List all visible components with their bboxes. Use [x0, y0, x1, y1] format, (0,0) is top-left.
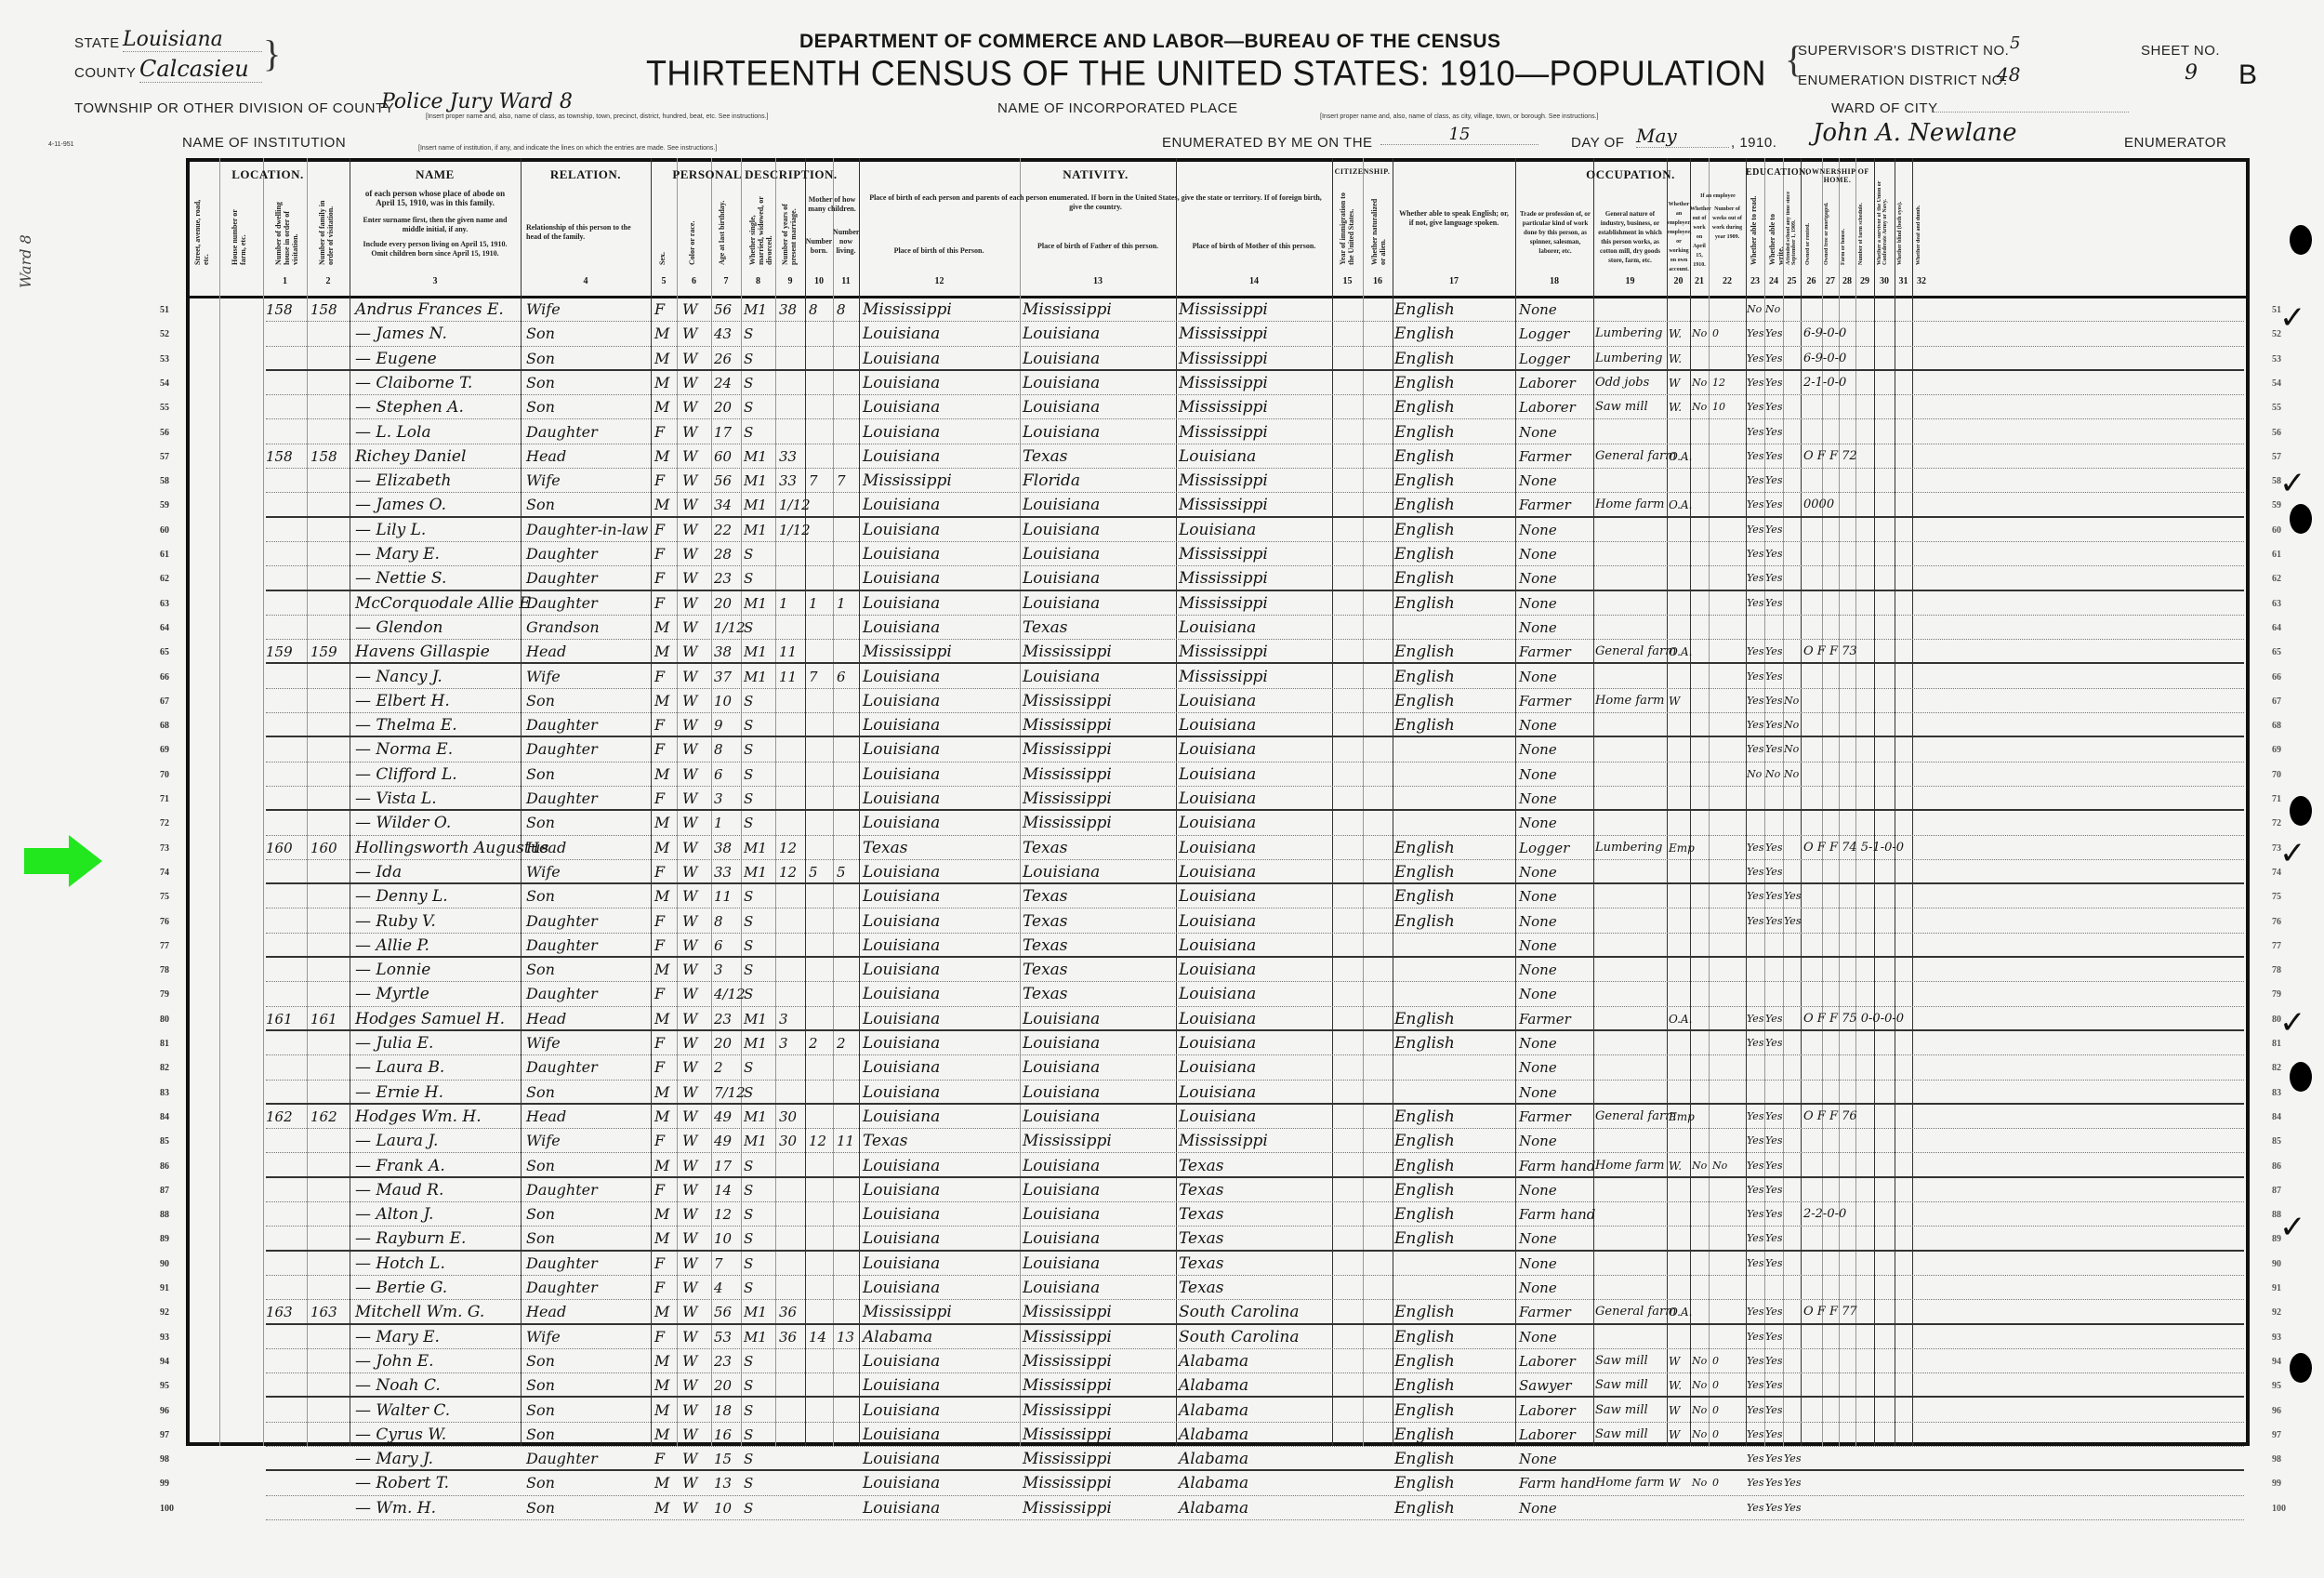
- relation: Son: [526, 349, 555, 369]
- age: 7/12: [714, 1082, 746, 1103]
- line-number: 99: [160, 1479, 169, 1489]
- line-number-right: 69: [2272, 745, 2281, 755]
- out-of-work: No: [1692, 373, 1707, 393]
- desc-pob-mother: Place of birth of Mother of this person.: [1181, 242, 1327, 251]
- line-number: 92: [160, 1307, 169, 1318]
- color: W: [682, 691, 697, 711]
- language: English: [1394, 911, 1455, 932]
- family-number: 159: [310, 642, 337, 662]
- years-married: 36: [779, 1302, 797, 1322]
- line-number-right: 61: [2272, 550, 2281, 560]
- marital-status: M1: [744, 1327, 767, 1347]
- person-name: — Thelma E.: [355, 715, 457, 736]
- birthplace-mother: South Carolina: [1179, 1327, 1299, 1347]
- sex: F: [654, 1253, 665, 1274]
- group-education: EDUCATION.: [1746, 167, 1801, 178]
- township-label: TOWNSHIP OR OTHER DIVISION OF COUNTY: [74, 100, 394, 116]
- trade: None: [1519, 568, 1557, 589]
- employer-class: W: [1669, 1473, 1680, 1493]
- birthplace-mother: Texas: [1179, 1156, 1224, 1176]
- can-read: Yes: [1747, 397, 1763, 418]
- marital-status: S: [744, 349, 753, 369]
- relation: Wife: [526, 667, 561, 687]
- marital-status: S: [744, 715, 753, 736]
- relation: Wife: [526, 862, 561, 882]
- person-name: — Nettie S.: [355, 568, 446, 589]
- line-number: 88: [160, 1210, 169, 1220]
- birthplace-father: Mississippi: [1023, 813, 1112, 833]
- line-number-right: 91: [2272, 1283, 2281, 1293]
- color: W: [682, 1057, 697, 1078]
- age: 10: [714, 1228, 732, 1249]
- age: 4/12: [714, 984, 746, 1004]
- industry: Odd jobs: [1595, 373, 1649, 393]
- birthplace-mother: Louisiana: [1179, 813, 1256, 833]
- can-read: Yes: [1747, 1009, 1763, 1029]
- age: 20: [714, 397, 732, 418]
- group-occupation: OCCUPATION.: [1515, 167, 1746, 182]
- enumeration-label: ENUMERATION DISTRICT NO.: [1798, 73, 2008, 88]
- table-row: 5656— L. LolaDaughterFW17SLouisianaLouis…: [0, 420, 2324, 444]
- trade: None: [1519, 715, 1557, 736]
- trade: Logger: [1519, 838, 1569, 858]
- table-row: 8787— Maud R.DaughterFW14SLouisianaLouis…: [0, 1178, 2324, 1202]
- sex: M: [654, 960, 669, 980]
- person-name: — Rayburn E.: [355, 1228, 466, 1249]
- birthplace-mother: Mississippi: [1179, 349, 1268, 369]
- can-read: Yes: [1747, 1375, 1763, 1396]
- line-number: 75: [160, 892, 169, 902]
- birthplace-mother: Alabama: [1179, 1473, 1248, 1493]
- age: 38: [714, 642, 732, 662]
- table-row: 8181— Julia E.WifeFW20M1322LouisianaLoui…: [0, 1031, 2324, 1055]
- color: W: [682, 886, 697, 907]
- relation: Daughter-in-law: [526, 520, 648, 540]
- line-number: 69: [160, 745, 169, 755]
- township-value: Police Jury Ward 8: [381, 90, 573, 113]
- colnum-31: 31: [1895, 276, 1912, 286]
- employer-class: W: [1669, 1400, 1680, 1421]
- marital-status: M1: [744, 495, 767, 515]
- color: W: [682, 911, 697, 932]
- birthplace-person: Louisiana: [863, 764, 940, 785]
- line-number-right: 90: [2272, 1259, 2281, 1269]
- birthplace-person: Louisiana: [863, 667, 940, 687]
- language: English: [1394, 422, 1455, 443]
- line-number: 64: [160, 623, 169, 633]
- language: English: [1394, 1327, 1455, 1347]
- table-row: 6060— Lily L.Daughter-in-lawFW22M11/12Lo…: [0, 518, 2324, 542]
- check-mark-icon: ✓: [2279, 465, 2306, 502]
- line-number-right: 63: [2272, 599, 2281, 609]
- age: 16: [714, 1425, 732, 1445]
- age: 1: [714, 813, 723, 833]
- age: 23: [714, 1351, 732, 1372]
- sex: F: [654, 299, 665, 320]
- marital-status: S: [744, 886, 753, 907]
- can-read: Yes: [1747, 1425, 1763, 1445]
- county-label: COUNTY: [74, 65, 136, 81]
- person-name: Hodges Samuel H.: [355, 1009, 505, 1029]
- enumerated-day: 15: [1380, 125, 1538, 145]
- group-nativity: NATIVITY.: [859, 167, 1332, 182]
- color: W: [682, 1400, 697, 1421]
- relation: Head: [526, 1009, 566, 1029]
- birthplace-person: Louisiana: [863, 568, 940, 589]
- table-row: 7979— MyrtleDaughterFW4/12SLouisianaTexa…: [0, 982, 2324, 1006]
- birthplace-father: Louisiana: [1023, 1156, 1100, 1176]
- dwelling-number: 161: [266, 1009, 293, 1029]
- person-name: — Norma E.: [355, 739, 453, 760]
- age: 37: [714, 667, 732, 687]
- can-write: Yes: [1765, 1033, 1782, 1054]
- age: 20: [714, 593, 732, 614]
- trade: Laborer: [1519, 1425, 1576, 1445]
- marital-status: S: [744, 324, 753, 344]
- sex: F: [654, 1033, 665, 1054]
- relation: Son: [526, 960, 555, 980]
- birthplace-father: Texas: [1023, 935, 1068, 956]
- sex: F: [654, 789, 665, 809]
- can-read: Yes: [1747, 715, 1763, 736]
- language: English: [1394, 1425, 1455, 1445]
- birthplace-person: Louisiana: [863, 1425, 940, 1445]
- desc-nativity: Place of birth of each person and parent…: [865, 193, 1327, 212]
- form-code: 4-11-951: [48, 141, 74, 148]
- birthplace-mother: Louisiana: [1179, 764, 1256, 785]
- language: English: [1394, 1473, 1455, 1493]
- birthplace-father: Louisiana: [1023, 1228, 1100, 1249]
- relation: Daughter: [526, 911, 598, 932]
- family-number: 162: [310, 1107, 337, 1127]
- children-living: 11: [837, 1131, 854, 1151]
- sex: M: [654, 373, 669, 393]
- birthplace-mother: Louisiana: [1179, 960, 1256, 980]
- language: English: [1394, 1107, 1455, 1127]
- marital-status: S: [744, 1351, 753, 1372]
- trade: None: [1519, 862, 1557, 882]
- color: W: [682, 1180, 697, 1200]
- age: 24: [714, 373, 732, 393]
- enumeration-value: 48: [1997, 63, 2020, 86]
- colnum-4: 4: [521, 276, 651, 286]
- industry: Home farm: [1595, 1473, 1664, 1493]
- line-number-right: 53: [2272, 354, 2281, 365]
- line-number-right: 59: [2272, 500, 2281, 511]
- table-row: 7474— IdaWifeFW33M11255LouisianaLouisian…: [0, 860, 2324, 884]
- line-number: 93: [160, 1333, 169, 1343]
- marital-status: M1: [744, 642, 767, 662]
- desc-name-3: Include every person living on April 15,…: [355, 240, 515, 259]
- language: English: [1394, 1033, 1455, 1054]
- industry: Home farm: [1595, 495, 1664, 515]
- birthplace-father: Louisiana: [1023, 1278, 1100, 1298]
- age: 17: [714, 1156, 732, 1176]
- trade: None: [1519, 789, 1557, 809]
- age: 14: [714, 1180, 732, 1200]
- birthplace-father: Mississippi: [1023, 299, 1112, 320]
- children-born: 8: [809, 299, 818, 320]
- age: 18: [714, 1400, 732, 1421]
- can-read: Yes: [1747, 911, 1763, 932]
- relation: Daughter: [526, 593, 598, 614]
- home-ownership: O F F 76: [1803, 1107, 1857, 1127]
- can-write: Yes: [1765, 1253, 1782, 1274]
- colnum-32: 32: [1912, 276, 1931, 286]
- birthplace-father: Louisiana: [1023, 1107, 1100, 1127]
- employer-class: W.: [1669, 349, 1682, 369]
- can-read: Yes: [1747, 446, 1763, 467]
- can-write: Yes: [1765, 520, 1782, 540]
- group-location: LOCATION.: [186, 167, 350, 182]
- can-write: No: [1765, 299, 1780, 320]
- desc-pob-father: Place of birth of Father of this person.: [1024, 242, 1171, 251]
- home-ownership: 0000: [1803, 495, 1834, 515]
- marital-status: S: [744, 422, 753, 443]
- out-of-work: No: [1692, 1156, 1707, 1176]
- sex: M: [654, 1425, 669, 1445]
- table-row: 5454— Claiborne T.SonMW24SLouisianaLouis…: [0, 371, 2324, 395]
- birthplace-person: Louisiana: [863, 911, 940, 932]
- table-row: 5353— EugeneSonMW26SLouisianaLouisianaMi…: [0, 347, 2324, 371]
- birthplace-father: Mississippi: [1023, 1498, 1112, 1518]
- can-write: Yes: [1765, 568, 1782, 589]
- person-name: — Mary E.: [355, 1327, 440, 1347]
- birthplace-person: Louisiana: [863, 1351, 940, 1372]
- relation: Daughter: [526, 715, 598, 736]
- color: W: [682, 1278, 697, 1298]
- line-number: 89: [160, 1234, 169, 1244]
- line-number: 95: [160, 1381, 169, 1391]
- industry: Lumbering: [1595, 838, 1662, 858]
- person-name: — Elizabeth: [355, 471, 452, 491]
- birthplace-mother: Mississippi: [1179, 1131, 1268, 1151]
- birthplace-person: Louisiana: [863, 1473, 940, 1493]
- can-read: Yes: [1747, 1156, 1763, 1176]
- birthplace-person: Louisiana: [863, 1228, 940, 1249]
- desc-farm-house: Farm or house.: [1841, 195, 1846, 265]
- language: English: [1394, 1449, 1455, 1469]
- desc-deaf: Whether deaf and dumb.: [1916, 177, 1921, 265]
- relation: Daughter: [526, 422, 598, 443]
- trade: None: [1519, 422, 1557, 443]
- line-number: 70: [160, 770, 169, 780]
- relation: Daughter: [526, 1449, 598, 1469]
- colnum-23: 23: [1746, 276, 1764, 286]
- color: W: [682, 984, 697, 1004]
- marital-status: S: [744, 1375, 753, 1396]
- language: English: [1394, 691, 1455, 711]
- birthplace-father: Louisiana: [1023, 1180, 1100, 1200]
- table-row: 9898— Mary J.DaughterFW15SLouisianaMissi…: [0, 1447, 2324, 1471]
- years-married: 38: [779, 299, 797, 320]
- trade: None: [1519, 911, 1557, 932]
- home-ownership: 6-9-0-0: [1803, 349, 1846, 369]
- birthplace-person: Mississippi: [863, 1302, 952, 1322]
- language: English: [1394, 446, 1455, 467]
- line-number: 83: [160, 1088, 169, 1098]
- incorporated-label: NAME OF INCORPORATED PLACE: [997, 100, 1238, 116]
- color: W: [682, 715, 697, 736]
- table-row: 6161— Mary E.DaughterFW28SLouisianaLouis…: [0, 542, 2324, 566]
- age: 4: [714, 1278, 723, 1298]
- colnum-26: 26: [1801, 276, 1822, 286]
- line-number: 77: [160, 941, 169, 951]
- color: W: [682, 935, 697, 956]
- age: 1/12: [714, 617, 746, 638]
- birthplace-father: Louisiana: [1023, 520, 1100, 540]
- birthplace-mother: Texas: [1179, 1253, 1224, 1274]
- birthplace-father: Mississippi: [1023, 739, 1112, 760]
- table-row: 5959— James O.SonMW34M11/12LouisianaLoui…: [0, 493, 2324, 517]
- marital-status: M1: [744, 1302, 767, 1322]
- birthplace-person: Louisiana: [863, 862, 940, 882]
- can-read: Yes: [1747, 1107, 1763, 1127]
- can-read: Yes: [1747, 520, 1763, 540]
- person-name: Richey Daniel: [355, 446, 466, 467]
- line-number-right: 71: [2272, 794, 2281, 804]
- relation: Son: [526, 1351, 555, 1372]
- sheet-value: 9: [2185, 61, 2198, 85]
- home-ownership: 6-9-0-0: [1803, 324, 1846, 344]
- desc-language: Whether able to speak English; or, if no…: [1397, 209, 1511, 228]
- age: 6: [714, 935, 723, 956]
- relation: Son: [526, 1400, 555, 1421]
- colnum-11: 11: [833, 276, 859, 286]
- township-instructions: [Insert proper name and, also, name of c…: [426, 113, 768, 120]
- out-of-work: No: [1692, 1351, 1707, 1372]
- line-number: 62: [160, 574, 169, 584]
- sex: M: [654, 324, 669, 344]
- years-married: 3: [779, 1009, 788, 1029]
- trade: None: [1519, 1228, 1557, 1249]
- person-name: — Ernie H.: [355, 1082, 443, 1103]
- weeks-out: 0: [1712, 1375, 1719, 1396]
- children-living: 5: [837, 862, 846, 882]
- trade: None: [1519, 1449, 1557, 1469]
- can-write: Yes: [1765, 1425, 1782, 1445]
- birthplace-person: Louisiana: [863, 397, 940, 418]
- color: W: [682, 446, 697, 467]
- state-value: Louisiana: [123, 28, 262, 52]
- language: English: [1394, 1498, 1455, 1518]
- birthplace-mother: Louisiana: [1179, 984, 1256, 1004]
- color: W: [682, 299, 697, 320]
- relation: Son: [526, 1204, 555, 1225]
- line-number: 66: [160, 672, 169, 683]
- employer-class: W: [1669, 1425, 1680, 1445]
- table-row: 9090— Hotch L.DaughterFW7SLouisianaLouis…: [0, 1252, 2324, 1276]
- line-number: 56: [160, 428, 169, 438]
- line-number-right: 83: [2272, 1088, 2281, 1098]
- home-ownership: O F F 73: [1803, 642, 1857, 662]
- table-row: 7575— Denny L.SonMW11SLouisianaTexasLoui…: [0, 884, 2324, 908]
- marital-status: M1: [744, 1131, 767, 1151]
- person-name: — Clifford L.: [355, 764, 457, 785]
- person-name: — Ruby V.: [355, 911, 436, 932]
- sex: F: [654, 1131, 665, 1151]
- line-number: 84: [160, 1112, 169, 1122]
- color: W: [682, 862, 697, 882]
- weeks-out: 0: [1712, 1351, 1719, 1372]
- person-name: — Ida: [355, 862, 402, 882]
- employer-class: W.: [1669, 1156, 1682, 1176]
- ward-label: WARD OF CITY: [1831, 100, 1938, 116]
- children-born: 7: [809, 667, 818, 687]
- colnum-10: 10: [805, 276, 833, 286]
- birthplace-father: Texas: [1023, 960, 1068, 980]
- language: English: [1394, 862, 1455, 882]
- birthplace-person: Texas: [863, 838, 908, 858]
- sex: F: [654, 667, 665, 687]
- birthplace-mother: Louisiana: [1179, 520, 1256, 540]
- sex: M: [654, 1473, 669, 1493]
- home-ownership: O F F 72: [1803, 446, 1857, 467]
- birthplace-person: Louisiana: [863, 886, 940, 907]
- language: English: [1394, 838, 1455, 858]
- table-row: 6262— Nettie S.DaughterFW23SLouisianaLou…: [0, 566, 2324, 590]
- color: W: [682, 1449, 697, 1469]
- colnum-22: 22: [1709, 276, 1746, 286]
- birthplace-mother: Mississippi: [1179, 667, 1268, 687]
- table-row: 9191— Bertie G.DaughterFW4SLouisianaLoui…: [0, 1276, 2324, 1300]
- relation: Wife: [526, 299, 561, 320]
- person-name: — John E.: [355, 1351, 434, 1372]
- can-read: Yes: [1747, 593, 1763, 614]
- trade: None: [1519, 1057, 1557, 1078]
- can-write: Yes: [1765, 422, 1782, 443]
- sex: F: [654, 520, 665, 540]
- birthplace-person: Louisiana: [863, 544, 940, 564]
- sex: M: [654, 1400, 669, 1421]
- marital-status: M1: [744, 471, 767, 491]
- line-number-right: 99: [2272, 1479, 2281, 1489]
- industry: General farm: [1595, 1302, 1677, 1322]
- children-born: 5: [809, 862, 818, 882]
- colnum-13: 13: [1020, 276, 1176, 286]
- family-number: 158: [310, 299, 337, 320]
- table-row: 6767— Elbert H.SonMW10SLouisianaMississi…: [0, 689, 2324, 713]
- line-number-right: 55: [2272, 403, 2281, 413]
- years-married: 12: [779, 838, 797, 858]
- industry: General farm: [1595, 642, 1677, 662]
- age: 26: [714, 349, 732, 369]
- birthplace-father: Mississippi: [1023, 715, 1112, 736]
- birthplace-person: Mississippi: [863, 642, 952, 662]
- children-born: 1: [809, 593, 818, 614]
- age: 9: [714, 715, 723, 736]
- trade: None: [1519, 1253, 1557, 1274]
- color: W: [682, 1204, 697, 1225]
- line-number: 54: [160, 378, 169, 389]
- sex: F: [654, 935, 665, 956]
- children-born: 12: [809, 1131, 826, 1151]
- marital-status: M1: [744, 838, 767, 858]
- language: English: [1394, 715, 1455, 736]
- birthplace-father: Louisiana: [1023, 397, 1100, 418]
- birthplace-mother: Louisiana: [1179, 446, 1256, 467]
- can-write: Yes: [1765, 1400, 1782, 1421]
- table-row: 6565159159Havens GillaspieHeadMW38M111Mi…: [0, 640, 2324, 664]
- line-number: 72: [160, 818, 169, 829]
- birthplace-mother: Louisiana: [1179, 1082, 1256, 1103]
- colnum-14: 14: [1176, 276, 1332, 286]
- desc-immigration: Year of immigration to the United States…: [1339, 191, 1355, 265]
- check-mark-icon: ✓: [2279, 1004, 2306, 1041]
- relation: Head: [526, 1302, 566, 1322]
- punch-hole-icon: [2290, 1353, 2312, 1383]
- birthplace-father: Louisiana: [1023, 862, 1100, 882]
